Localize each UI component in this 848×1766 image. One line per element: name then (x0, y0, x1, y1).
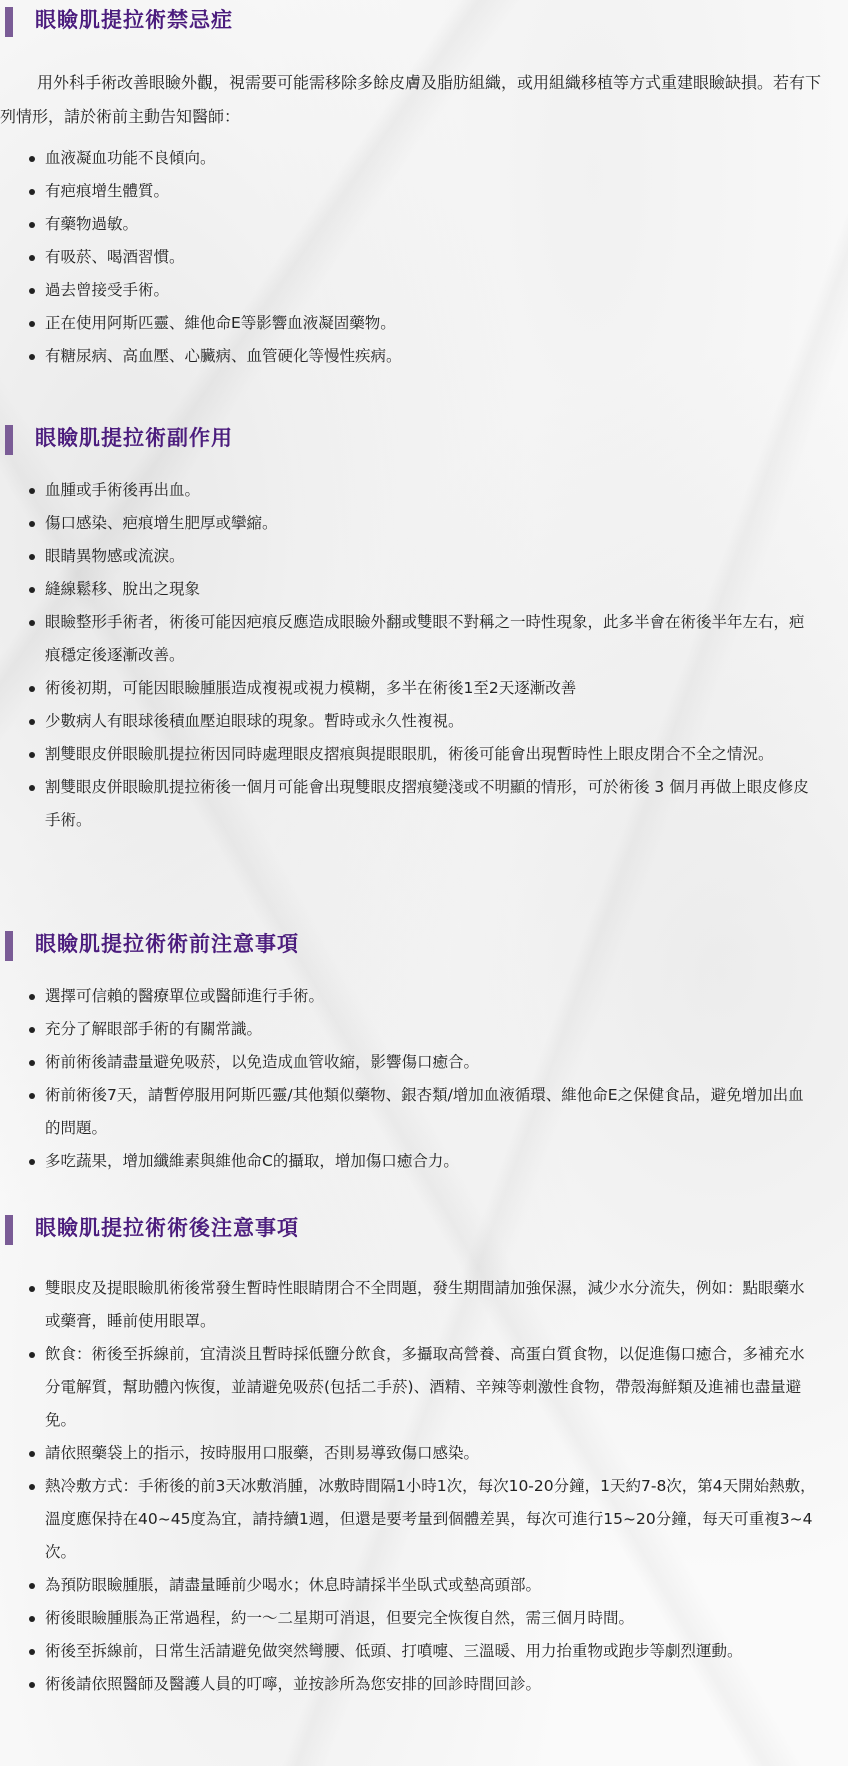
section-heading: 眼瞼肌提拉術禁忌症 (0, 4, 848, 36)
list-item: 眼瞼整形手術者，術後可能因疤痕反應造成眼瞼外翻或雙眼不對稱之一時性現象，此多半會… (0, 606, 848, 672)
heading-text: 眼瞼肌提拉術術前注意事項 (35, 932, 299, 956)
list-item: 血腫或手術後再出血。 (0, 474, 848, 507)
bullet-icon (29, 354, 35, 360)
list-item: 術後眼瞼腫脹為正常過程，約一～二星期可消退，但要完全恢復自然，需三個月時間。 (0, 1602, 848, 1635)
list-item: 為預防眼瞼腫脹，請盡量睡前少喝水；休息時請採半坐臥式或墊高頭部。 (0, 1569, 848, 1602)
heading-text: 眼瞼肌提拉術副作用 (35, 426, 233, 450)
bullet-icon (29, 620, 35, 626)
section-preop-notes: 眼瞼肌提拉術術前注意事項 選擇可信賴的醫療單位或醫師進行手術。 充分了解眼部手術… (0, 928, 848, 1178)
list-item: 血液凝血功能不良傾向。 (0, 142, 848, 175)
list-item: 選擇可信賴的醫療單位或醫師進行手術。 (0, 980, 848, 1013)
list-item: 雙眼皮及提眼瞼肌術後常發生暫時性眼睛閉合不全問題，發生期間請加強保濕，減少水分流… (0, 1272, 848, 1338)
bullet-icon (29, 1649, 35, 1655)
bullet-icon (29, 1484, 35, 1490)
list-item: 多吃蔬果，增加纖維素與維他命C的攝取，增加傷口癒合力。 (0, 1145, 848, 1178)
section-heading: 眼瞼肌提拉術術前注意事項 (0, 928, 848, 960)
list-item: 請依照藥袋上的指示，按時服用口服藥，否則易導致傷口感染。 (0, 1437, 848, 1470)
bullet-icon (29, 156, 35, 162)
bullet-icon (29, 686, 35, 692)
list-item: 縫線鬆移、脫出之現象 (0, 573, 848, 606)
side-effect-list: 血腫或手術後再出血。 傷口感染、疤痕增生肥厚或攣縮。 眼睛異物感或流淚。 縫線鬆… (0, 474, 848, 837)
bullet-icon (29, 1352, 35, 1358)
bullet-icon (29, 1060, 35, 1066)
heading-accent-bar (5, 1215, 13, 1245)
bullet-icon (29, 321, 35, 327)
list-item: 術後至拆線前，日常生活請避免做突然彎腰、低頭、打噴嚏、三溫暖、用力抬重物或跑步等… (0, 1635, 848, 1668)
section-postop-notes: 眼瞼肌提拉術術後注意事項 雙眼皮及提眼瞼肌術後常發生暫時性眼睛閉合不全問題，發生… (0, 1212, 848, 1701)
heading-accent-bar (5, 7, 13, 37)
list-item: 少數病人有眼球後積血壓迫眼球的現象。暫時或永久性複視。 (0, 705, 848, 738)
bullet-icon (29, 1682, 35, 1688)
list-item: 傷口感染、疤痕增生肥厚或攣縮。 (0, 507, 848, 540)
section-heading: 眼瞼肌提拉術術後注意事項 (0, 1212, 848, 1244)
bullet-icon (29, 719, 35, 725)
bullet-icon (29, 1093, 35, 1099)
list-item: 術前術後7天，請暫停服用阿斯匹靈/其他類似藥物、銀杏類/增加血液循環、維他命E之… (0, 1079, 848, 1145)
bullet-icon (29, 1286, 35, 1292)
list-item: 術後請依照醫師及醫護人員的叮嚀，並按診所為您安排的回診時間回診。 (0, 1668, 848, 1701)
bullet-icon (29, 189, 35, 195)
section-heading: 眼瞼肌提拉術副作用 (0, 422, 848, 454)
bullet-icon (29, 1583, 35, 1589)
heading-accent-bar (5, 931, 13, 961)
bullet-icon (29, 1159, 35, 1165)
list-item: 眼睛異物感或流淚。 (0, 540, 848, 573)
list-item: 熱冷敷方式：手術後的前3天冰敷消腫，冰敷時間隔1小時1次，每次10-20分鐘，1… (0, 1470, 848, 1569)
list-item: 割雙眼皮併眼瞼肌提拉術後一個月可能會出現雙眼皮摺痕變淺或不明顯的情形，可於術後 … (0, 771, 848, 837)
list-item: 充分了解眼部手術的有關常識。 (0, 1013, 848, 1046)
list-item: 術後初期，可能因眼瞼腫脹造成複視或視力模糊，多半在術後1至2天逐漸改善 (0, 672, 848, 705)
bullet-icon (29, 785, 35, 791)
intro-paragraph: 用外科手術改善眼瞼外觀，視需要可能需移除多餘皮膚及脂肪組織，或用組織移植等方式重… (0, 66, 848, 134)
list-item: 正在使用阿斯匹靈、維他命E等影響血液凝固藥物。 (0, 307, 848, 340)
bullet-icon (29, 521, 35, 527)
bullet-icon (29, 1616, 35, 1622)
list-item: 飲食：術後至拆線前，宜清淡且暫時採低鹽分飲食，多攝取高營養、高蛋白質食物，以促進… (0, 1338, 848, 1437)
bullet-icon (29, 1027, 35, 1033)
list-item: 有疤痕增生體質。 (0, 175, 848, 208)
contraindication-list: 血液凝血功能不良傾向。 有疤痕增生體質。 有藥物過敏。 有吸菸、喝酒習慣。 過去… (0, 142, 848, 373)
bullet-icon (29, 554, 35, 560)
bullet-icon (29, 255, 35, 261)
heading-accent-bar (5, 425, 13, 455)
bullet-icon (29, 222, 35, 228)
list-item: 有糖尿病、高血壓、心臟病、血管硬化等慢性疾病。 (0, 340, 848, 373)
bullet-icon (29, 994, 35, 1000)
bullet-icon (29, 488, 35, 494)
bullet-icon (29, 752, 35, 758)
bullet-icon (29, 1451, 35, 1457)
list-item: 有藥物過敏。 (0, 208, 848, 241)
list-item: 過去曾接受手術。 (0, 274, 848, 307)
list-item: 割雙眼皮併眼瞼肌提拉術因同時處理眼皮摺痕與提眼眼肌，術後可能會出現暫時性上眼皮閉… (0, 738, 848, 771)
list-item: 術前術後請盡量避免吸菸，以免造成血管收縮，影響傷口癒合。 (0, 1046, 848, 1079)
section-side-effects: 眼瞼肌提拉術副作用 血腫或手術後再出血。 傷口感染、疤痕增生肥厚或攣縮。 眼睛異… (0, 422, 848, 837)
heading-text: 眼瞼肌提拉術術後注意事項 (35, 1216, 299, 1240)
postop-list: 雙眼皮及提眼瞼肌術後常發生暫時性眼睛閉合不全問題，發生期間請加強保濕，減少水分流… (0, 1272, 848, 1701)
list-item: 有吸菸、喝酒習慣。 (0, 241, 848, 274)
bullet-icon (29, 288, 35, 294)
preop-list: 選擇可信賴的醫療單位或醫師進行手術。 充分了解眼部手術的有關常識。 術前術後請盡… (0, 980, 848, 1178)
section-contraindications: 眼瞼肌提拉術禁忌症 用外科手術改善眼瞼外觀，視需要可能需移除多餘皮膚及脂肪組織，… (0, 4, 848, 373)
heading-text: 眼瞼肌提拉術禁忌症 (35, 8, 233, 32)
bullet-icon (29, 587, 35, 593)
